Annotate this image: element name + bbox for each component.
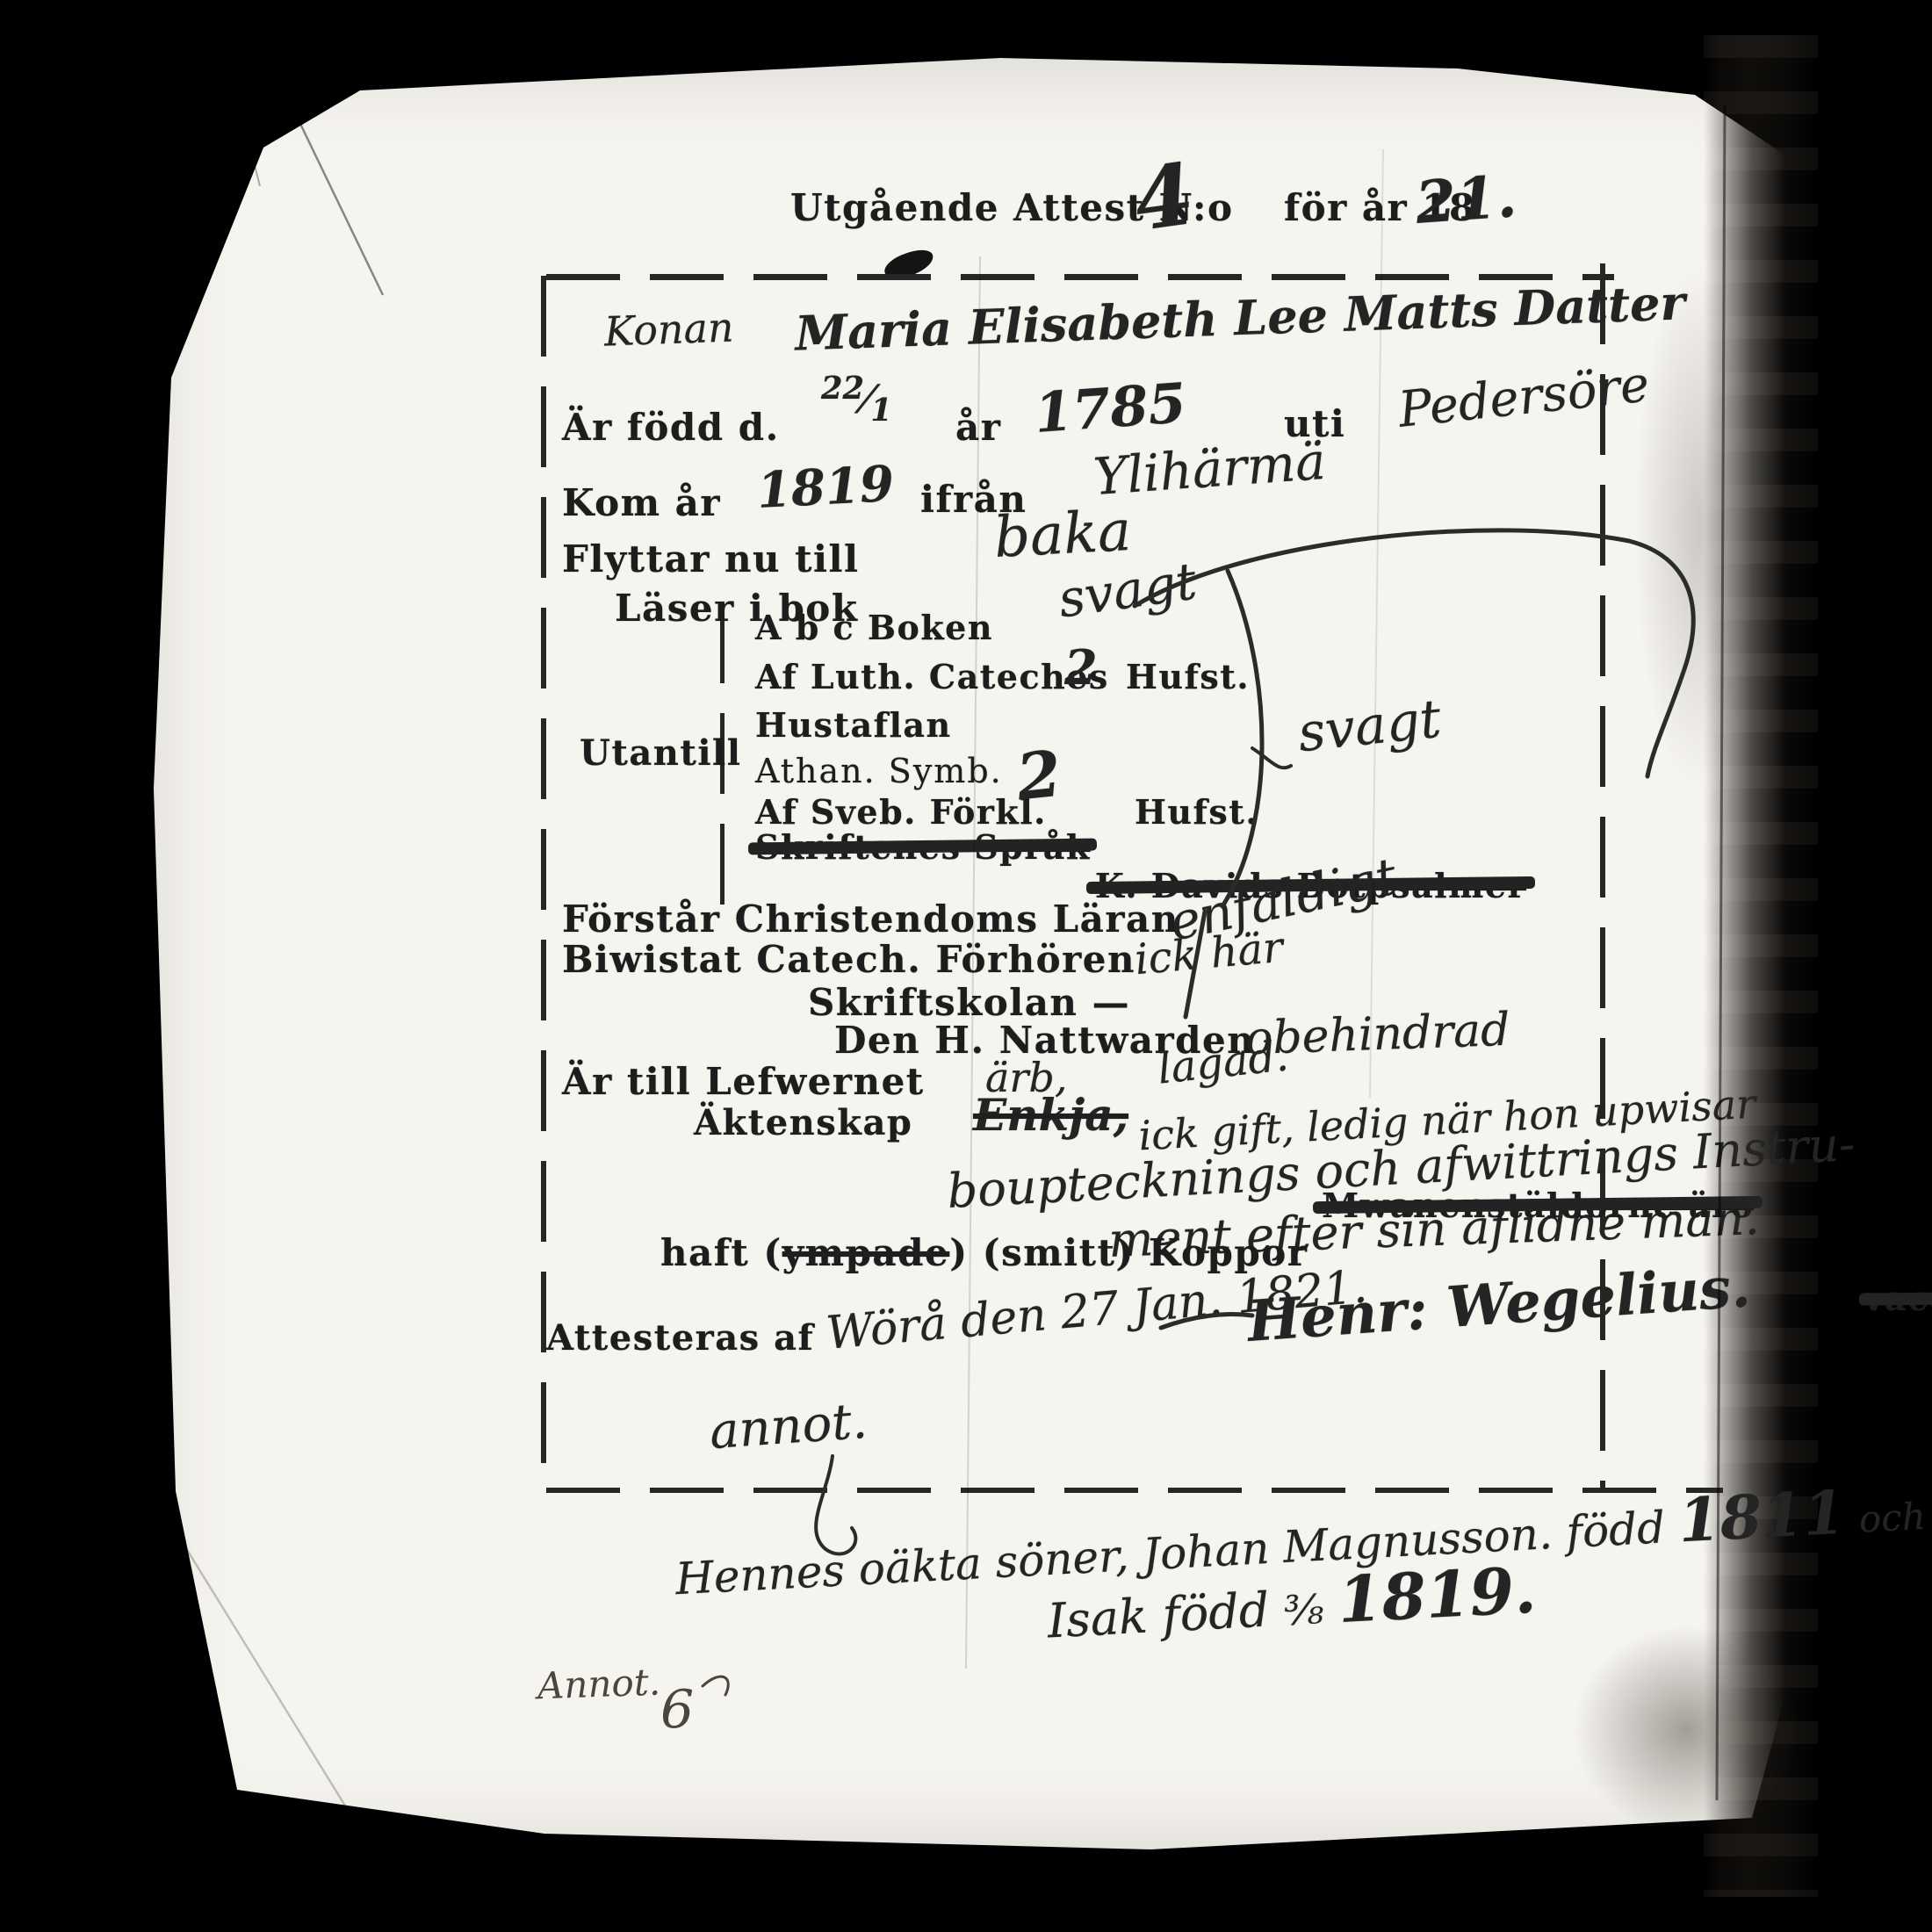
utantill-label: Utantill [580, 732, 741, 774]
birth-day: 22 [821, 371, 864, 407]
pox-suffix: ) (smitt) Koppor [949, 1231, 1308, 1274]
person-title-handwritten: Konan [603, 303, 734, 355]
struck-form-line: Mwanenstäldorne äro [1322, 1186, 1754, 1225]
pox-line: haft (ympade) (smitt) Koppor [660, 1231, 1308, 1274]
utantill-item-skriftenes-struck: Skriftenes Språk [755, 827, 1091, 867]
item-text: Af Luth. Cateches [755, 657, 1109, 696]
catechism-label: Biwistat Catech. Förhören [562, 938, 1135, 981]
corner-smudge [1572, 1625, 1800, 1835]
edge-smudge [1633, 263, 1765, 790]
utantill-item-cateches: Af Luth. Cateches [755, 657, 1109, 696]
born-year-label: år [955, 406, 1001, 449]
birth-date-handwritten: 22⁄1 [821, 378, 892, 422]
cateches-hufst: Hufst. [1126, 657, 1250, 696]
utantill-item-hustaflan: Hustaflan [755, 705, 952, 745]
footer-note-line2-text: Isak född [1046, 1582, 1271, 1648]
attested-by-label: Attesteras af [546, 1317, 814, 1359]
corner-annot-handwritten: Annot. [537, 1661, 661, 1708]
utantill-item-sveb: Af Sveb. Förkl. [755, 792, 1047, 832]
vaccinated-struck: vaccinerade [1864, 1279, 1932, 1318]
confirmation-school-label: Skriftskolan — [808, 981, 1130, 1024]
crease-top-left-2 [227, 54, 260, 186]
footer-note-born-year: 1811 [1676, 1478, 1846, 1557]
utantill-item-athan: Athan. Symb. [755, 752, 1003, 790]
marriage-label: Äktenskap [694, 1102, 912, 1143]
form-border-left [541, 276, 546, 1493]
attest-year-handwritten: 21. [1413, 162, 1518, 237]
came-year-handwritten: 1819 [755, 455, 895, 520]
born-label: Är född d. [562, 406, 780, 449]
moves-to-label: Flyttar nu till [562, 537, 859, 580]
utantill-item-abc: A b c Boken [755, 608, 993, 647]
pox-struck-word: ympade [782, 1231, 950, 1274]
sveb-hufst: Hufst. [1135, 792, 1258, 832]
annot-handwritten: annot. [708, 1393, 869, 1460]
footer-note-och: och [1858, 1495, 1927, 1541]
footer-note-year2: 1819. [1336, 1552, 1538, 1637]
birth-year-handwritten: 1785 [1033, 371, 1188, 445]
footer-note-date-fraction: ⅜ [1283, 1585, 1324, 1634]
cateches-count-handwritten: 2 [1064, 639, 1098, 696]
form-border-top [546, 274, 1614, 280]
form-border-bottom [546, 1488, 1723, 1493]
scanned-document-page: { "page": { "title": { "printed": "Utgåe… [0, 0, 1932, 1932]
sveb-count-handwritten: 2 [1013, 736, 1065, 815]
understanding-label: Förstår Christendoms Läran [562, 898, 1179, 941]
marriage-struck-word-handwritten: Enkja, [973, 1089, 1128, 1141]
birth-month: 1 [870, 393, 891, 429]
moves-to-handwritten: baka [992, 499, 1133, 571]
pox-prefix: haft ( [660, 1231, 782, 1274]
conduct-label: Är till Lefwernet [562, 1060, 925, 1103]
corner-annot-number: 6 [660, 1679, 694, 1741]
came-label: Kom år [562, 481, 721, 524]
